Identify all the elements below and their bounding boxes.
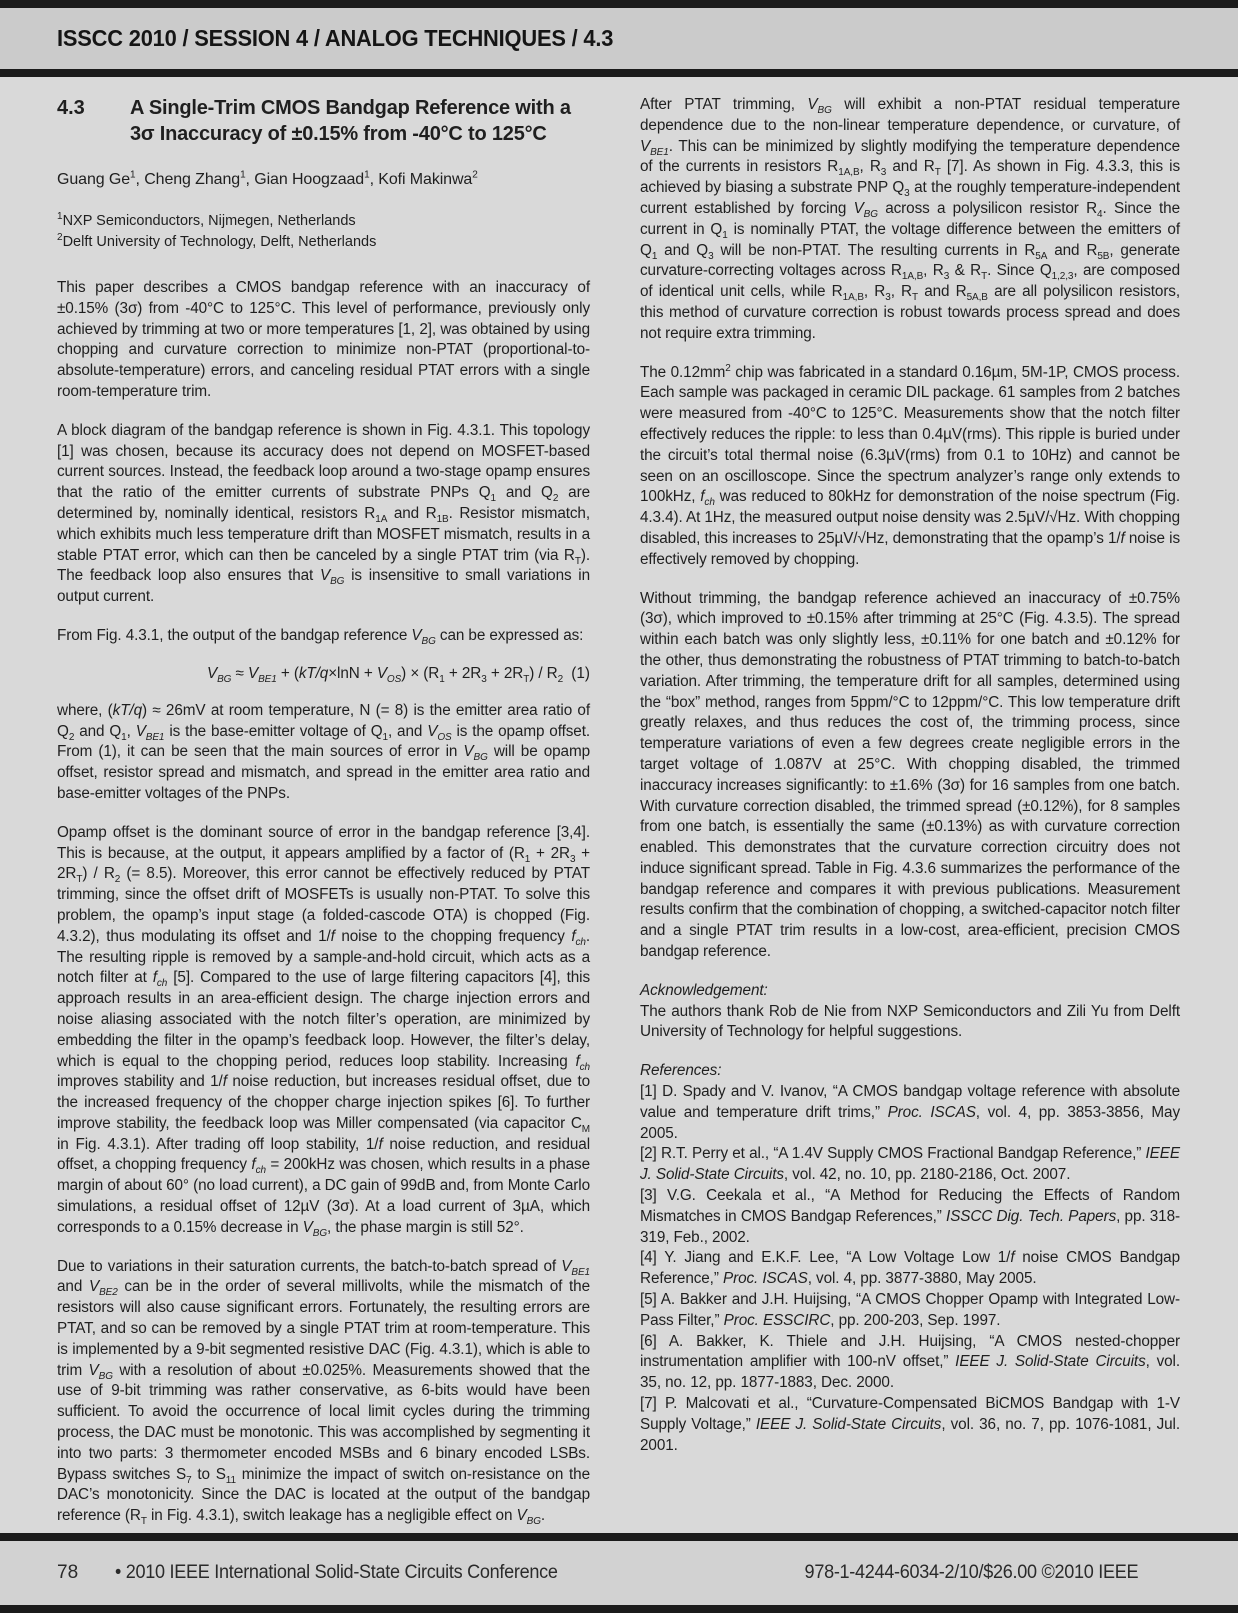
reference-3: [3] V.G. Ceekala et al., “A Method for R… bbox=[640, 1186, 1180, 1248]
right-column: After PTAT trimming, VBG will exhibit a … bbox=[640, 95, 1180, 1533]
acknowledgement-heading: Acknowledgement: bbox=[640, 981, 1180, 1002]
paper-number: 4.3 bbox=[57, 95, 130, 121]
abstract-paragraph: This paper describes a CMOS bandgap refe… bbox=[57, 278, 590, 403]
reference-1: [1] D. Spady and V. Ivanov, “A CMOS band… bbox=[640, 1082, 1180, 1144]
paragraph-curvature: After PTAT trimming, VBG will exhibit a … bbox=[640, 95, 1180, 345]
left-column: 4.3 A Single-Trim CMOS Bandgap Reference… bbox=[57, 95, 590, 1533]
acknowledgement-text: The authors thank Rob de Nie from NXP Se… bbox=[640, 1002, 1180, 1044]
authors-line: Guang Ge1, Cheng Zhang1, Gian Hoogzaad1,… bbox=[57, 171, 590, 189]
reference-6: [6] A. Bakker, K. Thiele and J.H. Huijsi… bbox=[640, 1332, 1180, 1394]
paragraph-error-sources: where, (kT/q) ≈ 26mV at room temperature… bbox=[57, 701, 590, 805]
reference-7: [7] P. Malcovati et al., “Curvature-Comp… bbox=[640, 1394, 1180, 1456]
conference-name: • 2010 IEEE International Solid-State Ci… bbox=[115, 1562, 558, 1584]
paper-page: ISSCC 2010 / SESSION 4 / ANALOG TECHNIQU… bbox=[0, 0, 1238, 1613]
page-number: 78 bbox=[57, 1562, 115, 1584]
footer-rule bbox=[0, 1533, 1238, 1541]
top-edge-bar bbox=[0, 0, 1238, 8]
paper-title: A Single-Trim CMOS Bandgap Reference wit… bbox=[130, 95, 590, 147]
reference-5: [5] A. Bakker and J.H. Huijsing, “A CMOS… bbox=[640, 1290, 1180, 1332]
equation: VBG ≈ VBE1 + (kT/q×lnN + VOS) × (R1 + 2R… bbox=[57, 665, 590, 683]
reference-4: [4] Y. Jiang and E.K.F. Lee, “A Low Volt… bbox=[640, 1248, 1180, 1290]
paragraph-opamp-offset: Opamp offset is the dominant source of e… bbox=[57, 823, 590, 1239]
paper-body: 4.3 A Single-Trim CMOS Bandgap Reference… bbox=[0, 77, 1238, 1533]
affiliation-2: 2Delft University of Technology, Delft, … bbox=[57, 232, 590, 253]
paragraph-chip-measurements: The 0.12mm2 chip was fabricated in a sta… bbox=[640, 363, 1180, 571]
bottom-edge-bar bbox=[0, 1605, 1238, 1613]
equation-body: VBG ≈ VBE1 + (kT/q×lnN + VOS) × (R1 + 2R… bbox=[207, 665, 563, 683]
session-title: ISSCC 2010 / SESSION 4 / ANALOG TECHNIQU… bbox=[57, 25, 613, 52]
copyright-isbn: 978-1-4244-6034-2/10/$26.00 ©2010 IEEE bbox=[804, 1562, 1138, 1584]
header-rule bbox=[0, 69, 1238, 77]
affiliation-1: 1NXP Semiconductors, Nijmegen, Netherlan… bbox=[57, 211, 590, 232]
session-header: ISSCC 2010 / SESSION 4 / ANALOG TECHNIQU… bbox=[0, 8, 1238, 69]
paragraph-trim-dac: Due to variations in their saturation cu… bbox=[57, 1257, 590, 1527]
references-heading: References: bbox=[640, 1061, 1180, 1082]
paragraph-block-diagram: A block diagram of the bandgap reference… bbox=[57, 421, 590, 608]
equation-number: (1) bbox=[571, 665, 590, 683]
title-block: 4.3 A Single-Trim CMOS Bandgap Reference… bbox=[57, 95, 590, 147]
reference-2: [2] R.T. Perry et al., “A 1.4V Supply CM… bbox=[640, 1144, 1180, 1186]
paragraph-results: Without trimming, the bandgap reference … bbox=[640, 589, 1180, 963]
affiliations: 1NXP Semiconductors, Nijmegen, Netherlan… bbox=[57, 211, 590, 252]
paragraph-equation-intro: From Fig. 4.3.1, the output of the bandg… bbox=[57, 626, 590, 647]
page-footer: 78 • 2010 IEEE International Solid-State… bbox=[0, 1541, 1238, 1605]
